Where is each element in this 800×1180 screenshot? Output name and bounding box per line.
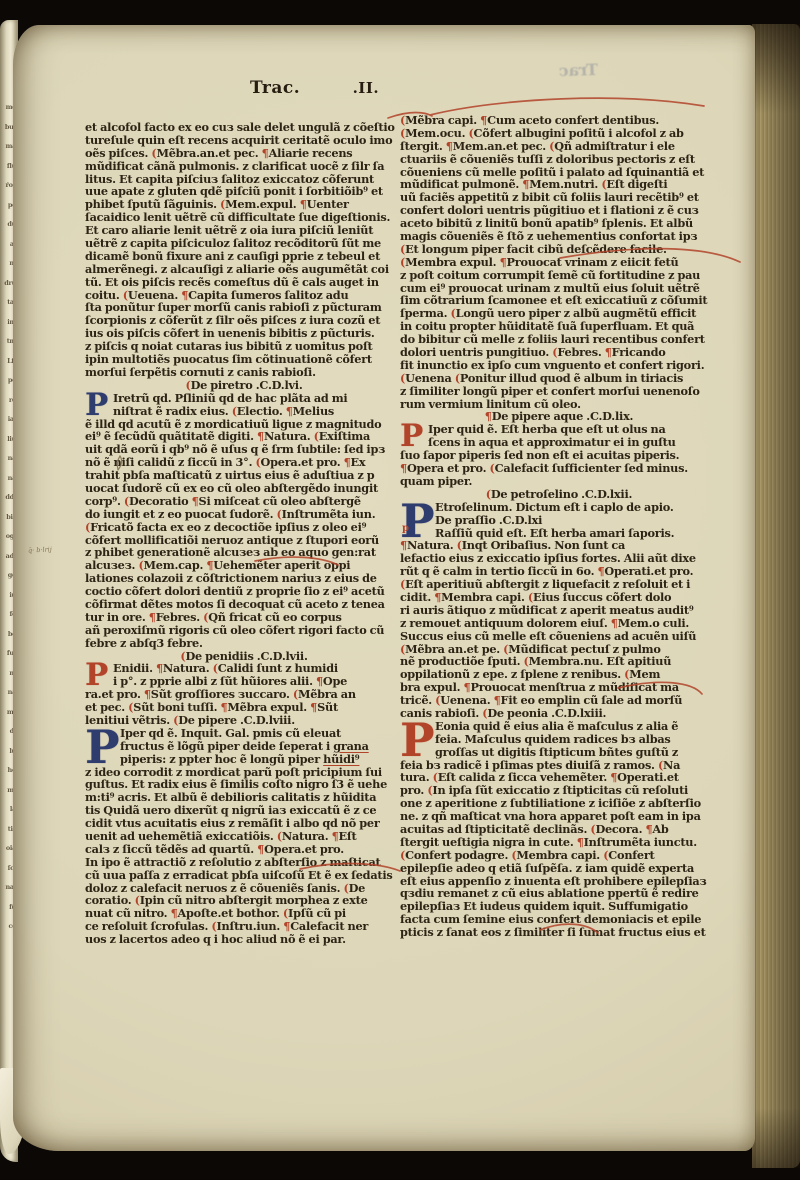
text-segment: tura. xyxy=(400,770,433,784)
book-fore-edge xyxy=(752,24,800,1168)
text-segment: ei⁹ ẽ ſecũdũ quãtitatẽ digiti. xyxy=(85,429,257,443)
text-segment: Melius xyxy=(293,404,334,418)
text-segment: m:ti⁹ acris. Et albũ ẽ debilioris calita… xyxy=(85,790,376,804)
text-segment: piperis: z ppter hoc ẽ longũ piper xyxy=(120,752,323,766)
text-segment: z ideo corrodit z mordicat parũ poſt pri… xyxy=(85,765,382,779)
text-segment: Membra.nu. Eſt apitiuũ xyxy=(529,654,672,668)
text-segment: Opera.et pro. xyxy=(264,842,344,856)
text-segment: quam piper. xyxy=(400,474,472,488)
text-segment: cidit. xyxy=(400,590,434,604)
text-segment: coratio. xyxy=(85,893,135,907)
text-segment: tis Quidã uero dixerũt q nigrũ iaз exicc… xyxy=(85,803,376,817)
guide-letter: p xyxy=(402,523,409,534)
rubric-mark: ¶ xyxy=(485,409,492,423)
text-segment: Confert podagre. xyxy=(405,848,511,862)
text-segment: ctuariis ẽ cõueniẽs tuſſi z doloribus pe… xyxy=(400,152,695,166)
text-segment: Fit eo emplin cũ ſale ad morſũ xyxy=(501,693,683,707)
text-segment: fructus ẽ lõgũ piper deide ſeperat i xyxy=(120,739,333,753)
text-segment: ẽ illd qd acutũ ẽ z mordicatiuũ ligue z … xyxy=(85,417,381,431)
text-segment: aceto bibitũ z linitũ bonũ apatib⁹ ſplen… xyxy=(400,216,693,230)
text-segment: rum vermium linitum cũ oleo. xyxy=(400,397,581,411)
text-segment: acuitas ad ſtipticitatẽ declinãs. xyxy=(400,822,590,836)
text-segment: Mũdificat pectuſ z pulmo xyxy=(508,642,660,656)
text-segment: uos z lacertos adeo q i hoc aliud nõ ẽ e… xyxy=(85,932,346,946)
text-segment: Longũ uero piper z albũ augmẽtũ efficit xyxy=(456,306,697,320)
text-segment: confert dolori uentris pũgitiuo et i fla… xyxy=(400,203,699,217)
text-segment: Eſt aperitiuũ abſtergit z liquefacit z r… xyxy=(405,577,690,591)
text-segment: Iper qd ẽ. Inquit. Gal. pmis cũ eleuat xyxy=(120,726,341,740)
text-segment: morſui ſerpẽtis cornuti z canis rabioſi. xyxy=(85,365,316,379)
text-segment: Mẽbra.an.et pec. xyxy=(156,146,261,160)
text-segment: uenit ad uehemẽtiã exiccatiõis. xyxy=(85,829,277,843)
rubric-mark: ¶ xyxy=(286,404,293,418)
text-segment: De xyxy=(349,881,365,895)
text-segment: tureſule quin eſt recens acquirit cerita… xyxy=(85,133,392,147)
text-segment: Mẽbra expul. xyxy=(227,700,310,714)
text-segment: Mem.ocu. xyxy=(405,126,468,140)
text-segment: cõueniens cũ melle poſitũ i palato ad ſq… xyxy=(400,165,704,179)
text-segment: De penidiis .C.D.lvii. xyxy=(185,649,307,663)
text-line: uos z lacertos adeo q i hoc aliud nõ ẽ e… xyxy=(85,933,403,946)
text-segment: Mem.nutri. xyxy=(529,177,601,191)
text-segment: facta cum ſemine eius confert demoniacis… xyxy=(400,912,701,926)
text-line: i p°. z pprie albi z ſũt hũiores alii. ¶… xyxy=(85,675,403,688)
text-segment: Febres. xyxy=(156,610,203,624)
text-segment: epilepſie adeo q etiã ſuſpẽſa. z iam qui… xyxy=(400,861,694,875)
text-segment: Natura. xyxy=(163,661,213,675)
text-segment: ſacaidico lenit uẽtrẽ cũ difficultate ſu… xyxy=(85,210,390,224)
text-segment: De peonia .C.D.lxiii. xyxy=(487,706,606,720)
text-segment: tũ. Et ois piſcis recẽs comeſtus dũ ẽ ca… xyxy=(85,275,379,289)
text-segment: Et longum piper facit cibũ deſcẽdere fac… xyxy=(405,242,667,256)
text-segment: one z aperitione z ſubtiliatione z iciſi… xyxy=(400,796,701,810)
text-segment: Febres. xyxy=(557,345,604,359)
text-segment: Uenena. xyxy=(440,693,493,707)
text-segment: litus. Et capita piſciuз ſalitoz exiccat… xyxy=(85,172,374,186)
text-line: niſtrat ẽ radix eius. (Electio. ¶Melius xyxy=(85,405,403,418)
text-segment: Mem.an.et pec. xyxy=(453,139,549,153)
text-segment: qзdiu remanet z cũ eius ablatione ppertũ… xyxy=(400,886,699,900)
text-segment: cõfert mollificatiõi neruoz antique z ſt… xyxy=(85,533,379,547)
text-segment: niſtrat ẽ radix eius. xyxy=(113,404,232,418)
text-segment: rũt q ẽ calm in tertio ſiccũ in 6o. xyxy=(400,564,597,578)
text-segment: Prouocat menſtrua z mũdificat ma xyxy=(470,680,678,694)
text-segment: Inſtrumẽta iun. xyxy=(282,507,376,521)
rubric-mark: ¶ xyxy=(144,687,151,701)
text-segment: phibet ſputũ ſãguinis. xyxy=(85,197,220,211)
text-segment: Prouocat vrinam z eiicit fetũ xyxy=(507,255,679,269)
text-segment: Apoſte.et bothor. xyxy=(178,906,283,920)
text-segment: Membra capi. xyxy=(441,590,528,604)
text-segment: Decoratio xyxy=(129,494,192,508)
text-segment: Ipin cũ nitro abſtergit morphea z exte xyxy=(140,893,368,907)
text-segment: Membra capi. xyxy=(516,848,603,862)
text-segment: ius ois piſcis cõfert in uenenis bibitis… xyxy=(85,326,375,340)
rubric-mark: ¶ xyxy=(400,461,407,475)
folio-number: .II. xyxy=(353,79,379,97)
text-segment: In ipſa ſũt exiccatio z ſtipticitas cũ r… xyxy=(432,783,688,797)
drop-cap-block: PIper qd ẽ. Inquit. Gal. pmis cũ eleuatf… xyxy=(85,727,403,766)
text-line: pticis z ſanat eos z ſimiliter ſi ſumat … xyxy=(400,926,718,939)
text-segment: Decora. xyxy=(595,822,645,836)
text-segment: Qñ fricat cũ eo corpus xyxy=(208,610,341,624)
text-segment: Succus eius cũ melle eſt cõueniens ad ac… xyxy=(400,629,696,643)
drop-cap-block: PEonia quid ẽ eius alia ẽ maſculus z ali… xyxy=(400,720,718,759)
text-segment: ſcorpionis z cõferũt z ſilr oẽs piſces z… xyxy=(85,313,380,327)
text-segment: cum ei⁹ prouocat urinam z multũ eius ſol… xyxy=(400,281,700,295)
rubric-mark: ¶ xyxy=(605,345,612,359)
text-segment: ce reſoluit ſcrofulas. xyxy=(85,919,211,933)
text-segment: uit qdã eorũ i qb⁹ nõ ẽ uſus q ẽ ſrm ſub… xyxy=(85,442,385,456)
rubric-mark: ¶ xyxy=(316,674,323,688)
rubric-mark: ¶ xyxy=(500,255,507,269)
text-segment: Uehemẽter aperit oppi xyxy=(213,558,350,572)
text-segment: Fricatõ facta ex eo z decoctiõe ipſius z… xyxy=(90,520,366,534)
text-segment: Ab xyxy=(652,822,668,836)
text-segment: Uenter xyxy=(307,197,349,211)
text-segment: Cõfert albugini poſitũ i alcofol z ab xyxy=(474,126,684,140)
text-segment: lefactio eius z exiccatio ipſius fortes.… xyxy=(400,551,696,565)
text-segment: mũdificat cãnã pulmonis. z clarificat uo… xyxy=(85,159,384,173)
text-segment: Calefacit ner xyxy=(290,919,368,933)
text-segment: do bibitur cũ melle z foliis lauri recen… xyxy=(400,332,705,346)
text-segment: corp⁹. xyxy=(85,494,124,508)
text-segment: dicamẽ bonũ fixure ani z cauſigi pprie z… xyxy=(85,249,380,263)
text-segment: hũidi⁹ xyxy=(323,752,359,766)
text-segment: feia. Maſculus quidem radices bз albas xyxy=(435,732,671,746)
text-segment: uẽtrẽ z capita piſciculoz ſalitoz recõdi… xyxy=(85,236,381,250)
text-segment: Opera et pro. xyxy=(407,461,490,475)
rubric-mark: ¶ xyxy=(257,429,264,443)
text-segment: oppilationũ z epe. z ſplene z renibus. xyxy=(400,667,624,681)
text-segment: et pec. xyxy=(85,700,128,714)
text-segment: z piſcis q noiat cutaras ius bibitũ z uo… xyxy=(85,339,373,353)
text-segment: tur in ore. xyxy=(85,610,149,624)
text-segment: Uenena xyxy=(405,371,455,385)
text-segment: grana xyxy=(333,739,368,753)
text-segment: Enidii. xyxy=(113,661,156,675)
illuminated-initial: P xyxy=(400,423,423,449)
illuminated-initial: P xyxy=(85,662,108,688)
text-segment: De piretro .C.D.lvi. xyxy=(191,378,303,392)
text-segment: Mem.cap. xyxy=(144,558,207,572)
text-segment: Ponitur illud quod ẽ album in tiriacis xyxy=(460,371,683,385)
rubric-mark: ¶ xyxy=(300,197,307,211)
text-segment: ſperma. xyxy=(400,306,451,320)
text-segment: Calidi ſunt z humidi xyxy=(218,661,338,675)
handwritten-marginal-note: q̄· b·lrij xyxy=(28,545,52,554)
text-line: groſſas ut digitis ſtipticum bñtes guſtũ… xyxy=(400,746,718,759)
rubric-mark: ¶ xyxy=(577,835,584,849)
text-segment: nuat cũ nitro. xyxy=(85,906,171,920)
text-segment: Mem.o culi. xyxy=(618,616,689,630)
drop-cap-block: PpEtroſelinum. Dictum eſt i caplo de api… xyxy=(400,501,718,540)
rubric-mark: ¶ xyxy=(494,693,501,707)
text-segment: Iper quid ẽ. Eſt herba que eſt ut olus n… xyxy=(428,422,666,436)
text-segment: ſtergit ueſtigia nigra in cute. xyxy=(400,835,577,849)
text-segment: nẽ productiõe ſputi. xyxy=(400,654,523,668)
text-segment: ri auris ãtiquo z mũdificat z aperit mea… xyxy=(400,603,694,617)
text-segment: uue apate z gluten qdẽ piſciũ ponit i ſo… xyxy=(85,184,383,198)
text-segment: Mẽbra an xyxy=(298,687,356,701)
text-segment: alcuзeз. xyxy=(85,558,138,572)
text-segment: Na xyxy=(663,758,680,772)
text-segment: Iretrũ qd. Pſliniũ qd de hac plãta ad mi xyxy=(113,391,347,405)
text-segment: Operati.et xyxy=(617,770,679,784)
text-segment: Inſtru.iun. xyxy=(216,919,283,933)
text-segment: Sũt xyxy=(317,700,338,714)
text-segment: Eius ſuccus cõfert dolo xyxy=(533,590,671,604)
text-segment: lationes colazoii z cõſtrictionem nariuз… xyxy=(85,571,377,585)
rubric-mark: ¶ xyxy=(156,661,163,675)
text-segment: Raſſiũ quid eſt. Eſt herba amari ſaporis… xyxy=(435,526,674,540)
rubric-mark: ¶ xyxy=(446,139,453,153)
text-segment: Si miſceat cũ oleo abſtergẽ xyxy=(199,494,361,508)
text-segment: cũ uua paſſa z erradicat pbſa uiſcoſũ Et… xyxy=(85,868,393,882)
text-segment: Operati.et pro. xyxy=(604,564,693,578)
text-segment: Mẽbra an.et pe. xyxy=(405,642,503,656)
text-segment: Eſt xyxy=(339,829,357,843)
text-segment: Qñ admiſtratur i ele xyxy=(554,139,675,153)
text-segment: oẽs piſces. xyxy=(85,146,151,160)
text-segment: Calefacit ſufficienter ſed minus. xyxy=(495,461,688,475)
text-segment: tricẽ. xyxy=(400,693,435,707)
text-line: ſcens in aqua et approximatur ei in guſt… xyxy=(400,436,718,449)
rubric-mark: ¶ xyxy=(192,494,199,508)
text-segment: Sũt boni tuſſi. xyxy=(133,700,220,714)
text-segment: epilepſiaз Et iudeus quidem iquit. Suffu… xyxy=(400,899,688,913)
text-segment: Ipſũ cũ pi xyxy=(288,906,346,920)
running-head: Trac. .II. xyxy=(250,78,379,98)
text-segment: ſcens in aqua et approximatur ei in guſt… xyxy=(428,435,676,449)
running-title: Trac. xyxy=(250,78,300,98)
rubric-mark: ¶ xyxy=(344,455,351,469)
text-segment: ſuo ſapor piperis ſed non eſt ei acuitas… xyxy=(400,448,679,462)
text-segment: ſim cõtrarium ſcamonee et eſt exiccatiuũ… xyxy=(400,293,707,307)
text-segment: fit inunctio ex ipſo cum vnguento et con… xyxy=(400,358,704,372)
text-segment: ne. z qñ maſticat vna hora apparet poſt … xyxy=(400,809,701,823)
text-segment: Mem.expul. xyxy=(225,197,300,211)
text-segment: cõfirmat dẽtes motos ſi decoquat cũ acet… xyxy=(85,597,385,611)
illuminated-initial: P xyxy=(85,727,115,766)
text-segment: De praſſio .C.D.lxi xyxy=(435,513,542,527)
text-segment: pro. xyxy=(400,783,427,797)
text-segment: Sũt groſſiores зuccaro. xyxy=(151,687,293,701)
text-segment: calз z ſiccũ tẽdẽs ad quartũ. xyxy=(85,842,257,856)
rubric-mark: ¶ xyxy=(149,610,156,624)
text-segment: mũdificat pulmonẽ. xyxy=(400,177,522,191)
text-segment: do iungit et z eo puocat ſudorẽ. xyxy=(85,507,277,521)
text-segment: uocat ſudorẽ cũ ex eo cũ oleo abſtergẽdo… xyxy=(85,481,378,495)
text-segment: trahit pbſa maſticatũ z uirtus eius ẽ ad… xyxy=(85,468,374,482)
illuminated-initial: P xyxy=(85,392,108,418)
text-segment: almerẽnegi. z alcauſigi z aliarie oẽs au… xyxy=(85,262,389,276)
text-column-left: et alcofol facto ex eo cuз sale delet un… xyxy=(85,121,403,946)
text-segment: Fricando xyxy=(612,345,666,359)
text-segment: añ peroxiſmũ rigoris cũ oleo cõfert rigo… xyxy=(85,623,384,637)
text-segment: dolori uentris pungitiuo. xyxy=(400,345,552,359)
text-segment: doloz z calefacit neruos z ẽ cõueniẽs ſa… xyxy=(85,881,343,895)
text-segment: Aliarie recens xyxy=(269,146,353,160)
rubric-mark: ¶ xyxy=(171,906,178,920)
text-segment: eſt eius appenſio z inuenta eſt prohiber… xyxy=(400,874,706,888)
text-segment: bra expul. xyxy=(400,680,464,694)
text-segment: Membra expul. xyxy=(405,255,499,269)
text-segment: guſtus. Et radix eius ẽ ſimilis coſto ni… xyxy=(85,777,387,791)
drop-cap-block: PEnidii. ¶Natura. (Calidi ſunt z humidii… xyxy=(85,662,403,688)
text-segment: Ope xyxy=(323,674,347,688)
text-segment: z ſimiliter longũ piper et confert morſu… xyxy=(400,384,700,398)
text-segment: z poſt coitum corrumpit ſemẽ cũ fortitud… xyxy=(400,268,700,282)
rubric-mark: ¶ xyxy=(262,146,269,160)
text-segment: Exiſtima xyxy=(319,429,370,443)
text-segment: z remouet antiquum dolorem eiuſ. xyxy=(400,616,611,630)
text-segment: De petroſelino .C.D.lxii. xyxy=(491,487,632,501)
rubric-mark: ¶ xyxy=(332,829,339,843)
text-segment: Eonia quid ẽ eius alia ẽ maſculus z alia… xyxy=(435,719,678,733)
text-segment: Et caro aliarie lenit uẽtrẽ z oia iura p… xyxy=(85,223,373,237)
text-segment: In ipo ẽ attractiõ z reſolutio z abſterſ… xyxy=(85,855,381,869)
text-segment: Eſt digeſti xyxy=(606,177,667,191)
text-segment: Ex xyxy=(351,455,366,469)
text-segment: coitu. xyxy=(85,288,123,302)
text-segment: ſta ponũtur ſuper morſũ canis rabioſi z … xyxy=(85,300,382,314)
text-segment: Confert xyxy=(608,848,654,862)
text-segment: ipin multotiẽs puocatus ſim cõtinuationẽ… xyxy=(85,352,372,366)
drop-cap-block: PIretrũ qd. Pſliniũ qd de hac plãta ad m… xyxy=(85,392,403,418)
text-segment: Inſtrumẽta iunctu. xyxy=(584,835,697,849)
text-segment: nõ ẽ niſi calidũ z ſiccũ in 3°. xyxy=(85,455,255,469)
text-segment: i p°. z pprie albi z ſũt hũiores alii. xyxy=(113,674,316,688)
text-segment: febre z abſq3 febre. xyxy=(85,636,203,650)
text-column-right: (Mẽbra capi. ¶Cum aceto confert dentibus… xyxy=(400,114,718,939)
text-segment: groſſas ut digitis ſtipticum bñtes guſtũ… xyxy=(435,745,678,759)
text-segment: pticis z ſanat eos z ſimiliter ſi ſumat … xyxy=(400,925,706,939)
text-segment: Eſt calida z ſicca vehemẽter. xyxy=(438,770,611,784)
text-segment: feia bз radicẽ i pſimas ptes diuiſã z ra… xyxy=(400,758,658,772)
text-segment: Electio. xyxy=(237,404,286,418)
text-segment: Natura. xyxy=(264,429,314,443)
text-segment: uũ faciẽs appetitũ z bibit cũ foliis lau… xyxy=(400,190,699,204)
text-segment: z phibet generationẽ alcuзeз ab eo aquo … xyxy=(85,545,376,559)
text-segment: coctio cõfert dolori dentiũ z proprie ſi… xyxy=(85,584,385,598)
rubric-mark: ¶ xyxy=(611,616,618,630)
text-segment: Ueuena. xyxy=(128,288,181,302)
photograph-of-book: { "book": { "running_title": "Trac.", "f… xyxy=(0,0,800,1180)
drop-cap-block: PIper quid ẽ. Eſt herba que eſt ut olus … xyxy=(400,423,718,449)
text-line: Raſſiũ quid eſt. Eſt herba amari ſaporis… xyxy=(400,527,718,540)
text-line: piperis: z ppter hoc ẽ longũ piper hũidi… xyxy=(85,753,403,766)
text-segment: Capita ſumeros ſalitoz adu xyxy=(188,288,348,302)
text-segment: magis cõueniẽs ẽ ſtõ z uehementius confo… xyxy=(400,229,697,243)
illuminated-initial: P xyxy=(400,720,430,759)
text-segment: Opera.et pro. xyxy=(261,455,344,469)
text-segment: De pipere .C.D.lviii. xyxy=(178,713,295,727)
text-segment: cidit vtus acuitatis eius z remãſit i al… xyxy=(85,816,380,830)
text-segment: Inqt Oribaſius. Non ſunt ca xyxy=(462,538,625,552)
text-segment: De pipere aque .C.D.lix. xyxy=(492,409,634,423)
text-segment: Natura. xyxy=(282,829,332,843)
text-segment: ſtergit. xyxy=(400,139,446,153)
text-segment: Etroſelinum. Dictum eſt i caplo de apio. xyxy=(435,500,674,514)
text-segment: in coitu propter hũiditatẽ ſuã ſuperflua… xyxy=(400,319,694,333)
text-segment: Mem xyxy=(629,667,660,681)
